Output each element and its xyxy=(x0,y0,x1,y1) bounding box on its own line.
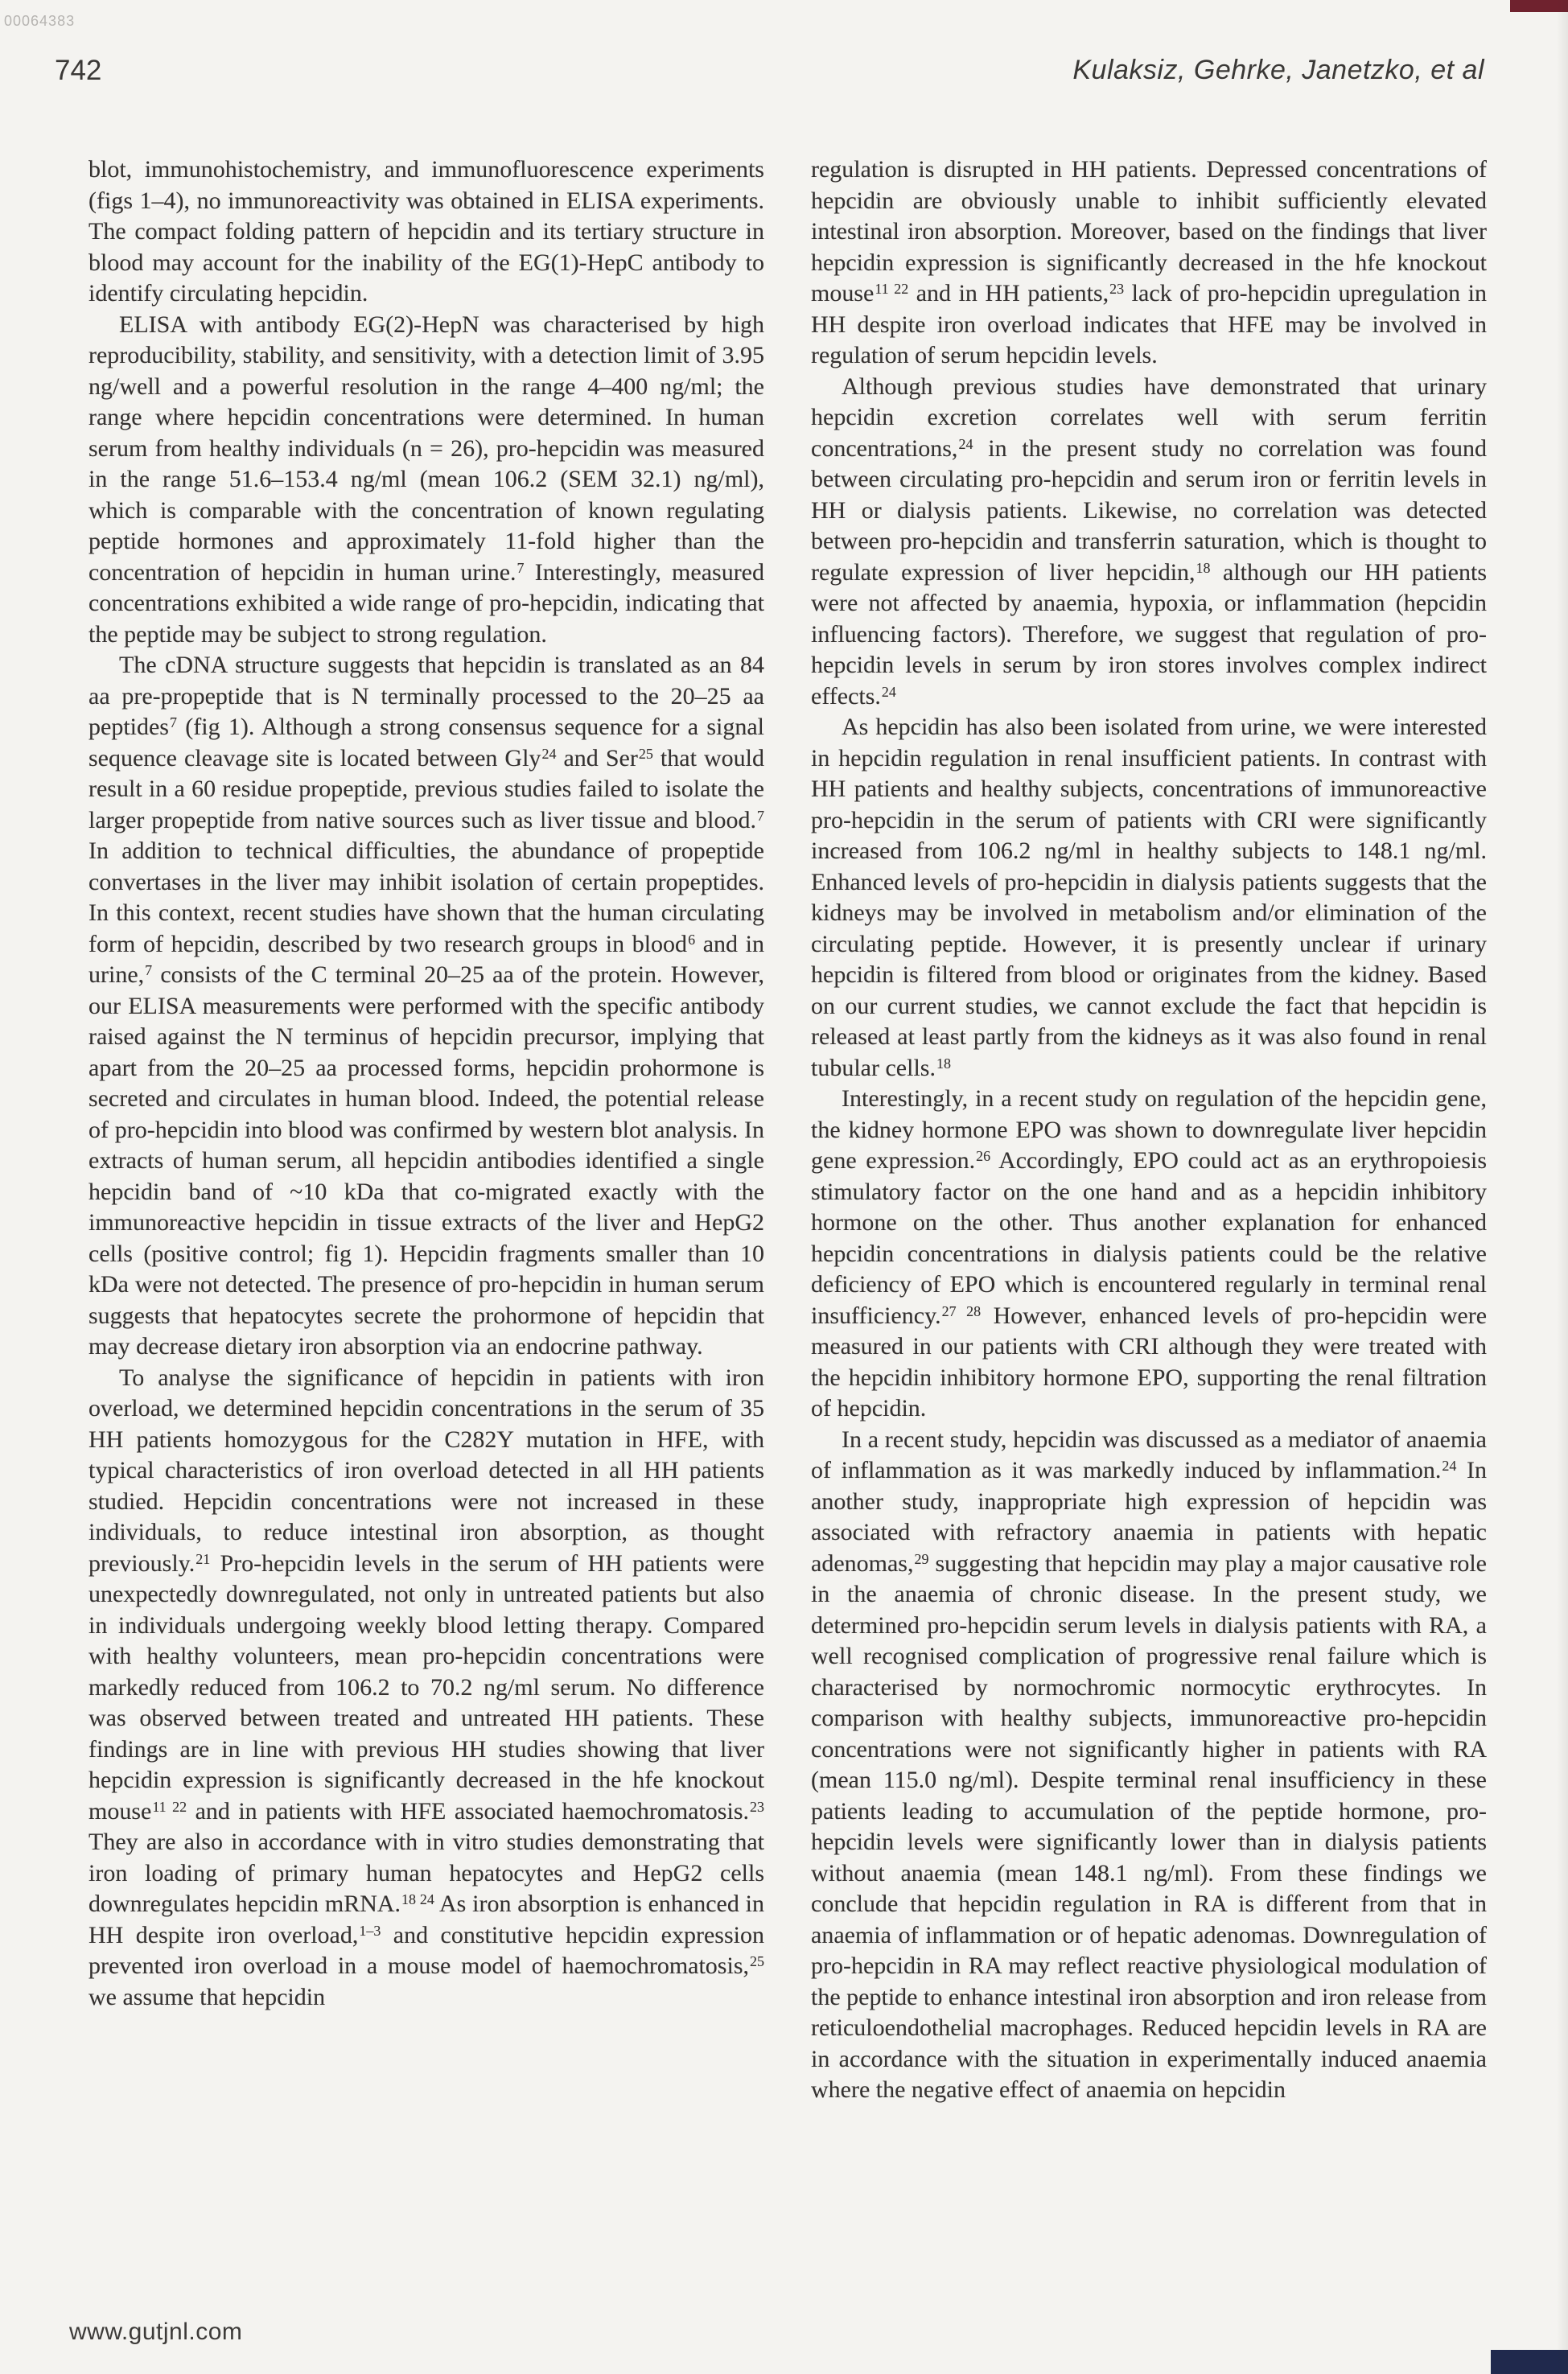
reference-superscript: 29 xyxy=(914,1551,928,1567)
reference-superscript: 21 xyxy=(195,1551,210,1567)
scan-artifact-blue-bar xyxy=(1491,2350,1568,2374)
reference-superscript: 7 xyxy=(517,560,525,576)
reference-superscript: 7 xyxy=(757,808,764,824)
paragraph: As hepcidin has also been isolated from … xyxy=(811,712,1487,1084)
reference-superscript: 24 xyxy=(541,746,556,762)
reference-superscript: 24 xyxy=(1442,1458,1456,1474)
paragraph: The cDNA structure suggests that hepcidi… xyxy=(88,650,764,1363)
reference-superscript: 25 xyxy=(639,746,653,762)
reference-superscript: 1–3 xyxy=(359,1923,381,1939)
reference-superscript: 7 xyxy=(170,714,177,730)
reference-superscript: 18 xyxy=(1196,560,1211,576)
reference-superscript: 27 28 xyxy=(942,1303,981,1319)
paragraph: blot, immunohistochemistry, and immunofl… xyxy=(88,154,764,310)
reference-superscript: 25 xyxy=(750,1953,764,1969)
reference-superscript: 23 xyxy=(1109,281,1124,297)
paragraph: ELISA with antibody EG(2)-HepN was chara… xyxy=(88,310,764,651)
paragraph: In a recent study, hepcidin was discusse… xyxy=(811,1425,1487,2106)
paragraph: regulation is disrupted in HH patients. … xyxy=(811,154,1487,372)
page-number: 742 xyxy=(55,55,101,87)
page-edge-shadow xyxy=(1557,0,1568,2374)
running-head-authors: Kulaksiz, Gehrke, Janetzko, et al xyxy=(1072,55,1484,86)
text-column-right: regulation is disrupted in HH patients. … xyxy=(811,154,1487,2226)
reference-superscript: 18 xyxy=(936,1055,951,1072)
reference-superscript: 11 22 xyxy=(152,1799,187,1815)
reference-superscript: 26 xyxy=(976,1148,990,1164)
text-column-left: blot, immunohistochemistry, and immunofl… xyxy=(88,154,764,2226)
reference-superscript: 7 xyxy=(145,962,152,978)
reference-superscript: 23 xyxy=(750,1799,764,1815)
reference-superscript: 6 xyxy=(688,932,695,948)
reference-superscript: 24 xyxy=(882,684,896,700)
paragraph: Although previous studies have demonstra… xyxy=(811,372,1487,713)
reference-superscript: 11 22 xyxy=(875,281,908,297)
reference-superscript: 24 xyxy=(958,436,973,452)
paragraph: To analyse the significance of hepcidin … xyxy=(88,1363,764,2014)
journal-page-scan: 00064383 742 Kulaksiz, Gehrke, Janetzko,… xyxy=(0,0,1568,2374)
reference-superscript: 18 24 xyxy=(401,1891,434,1907)
footer-journal-url: www.gutjnl.com xyxy=(69,2318,242,2346)
paragraph: Interestingly, in a recent study on regu… xyxy=(811,1084,1487,1425)
scan-artifact-red-bar xyxy=(1510,0,1568,12)
scan-number: 00064383 xyxy=(4,13,75,30)
